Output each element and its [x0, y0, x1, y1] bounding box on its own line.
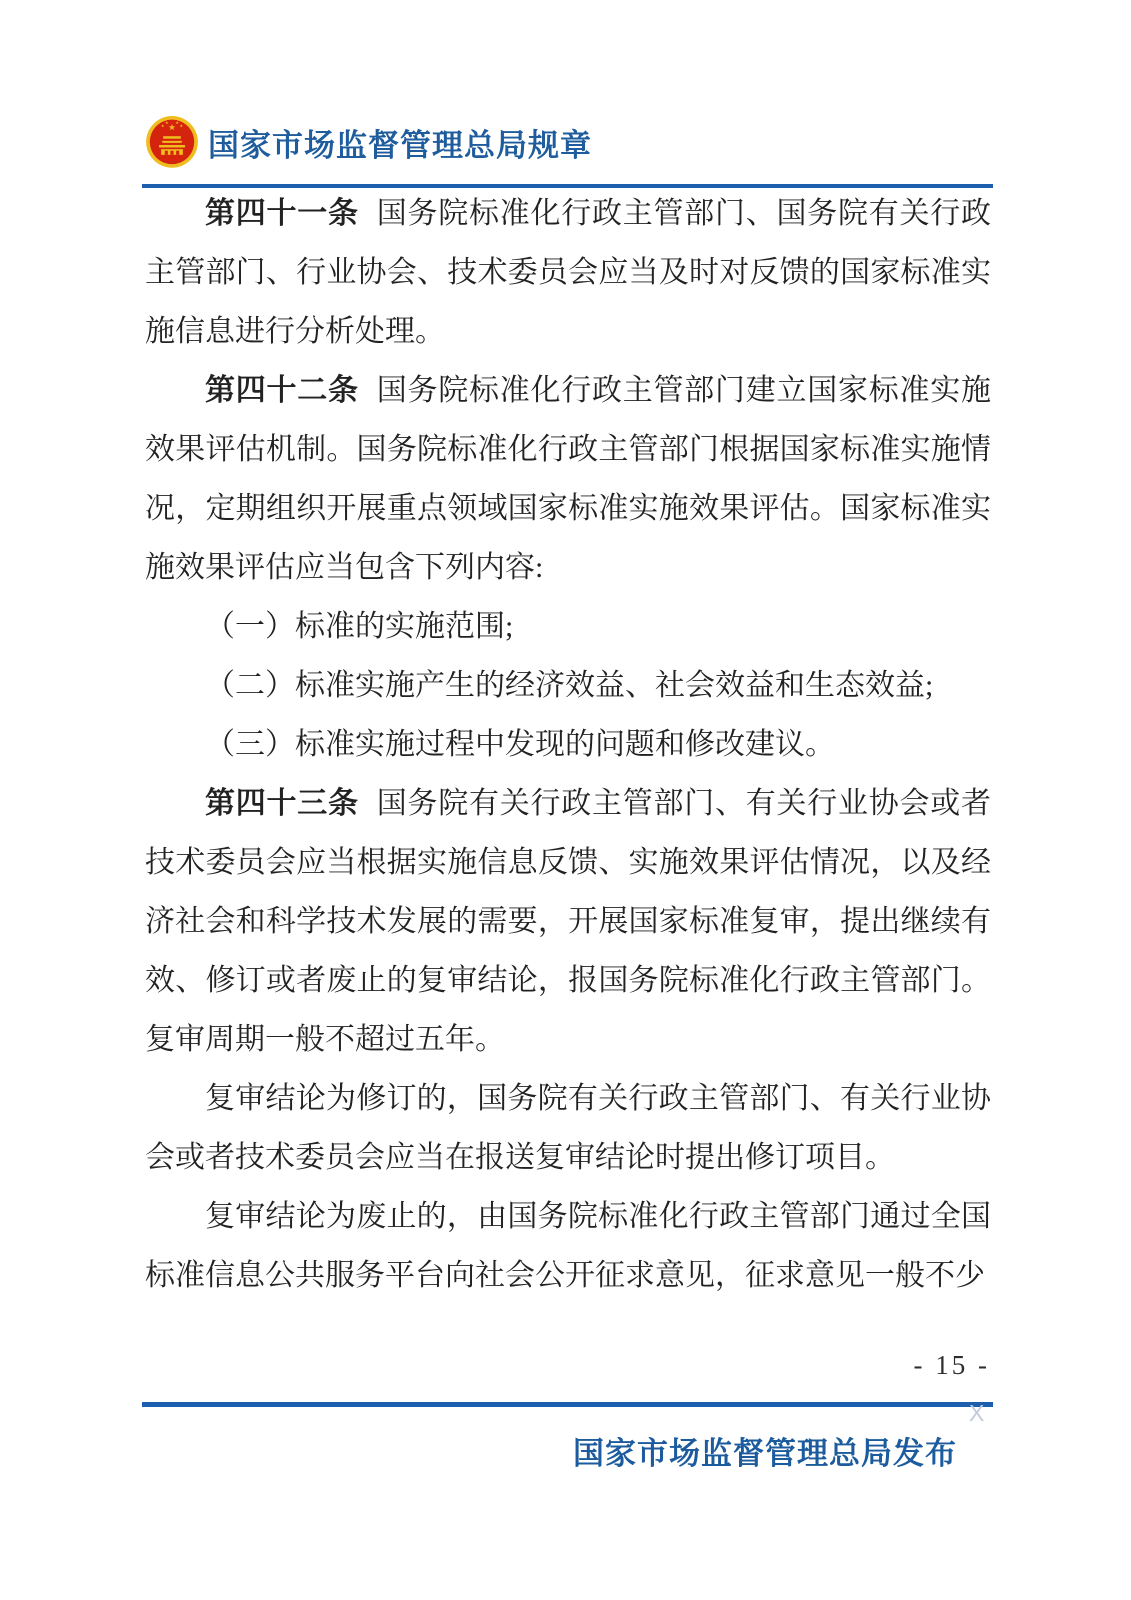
article-number: 第四十一条 [205, 197, 359, 230]
body-paragraph: 第四十三条国务院有关行政主管部门、有关行业协会或者技术委员会应当根据实施信息反馈… [145, 774, 991, 1069]
paragraph-text: （一）标准的实施范围; [205, 610, 513, 643]
list-item: （二）标准实施产生的经济效益、社会效益和生态效益; [145, 656, 991, 715]
national-emblem-icon [145, 115, 199, 175]
document-header-title: 国家市场监督管理总局规章 [208, 130, 592, 161]
body-paragraph: 第四十二条国务院标准化行政主管部门建立国家标准实施效果评估机制。国务院标准化行政… [145, 361, 991, 597]
list-item: （三）标准实施过程中发现的问题和修改建议。 [145, 715, 991, 774]
publisher-label: 国家市场监督管理总局发布 [573, 1428, 957, 1473]
article-number: 第四十三条 [205, 787, 359, 820]
body-paragraph: 复审结论为废止的，由国务院标准化行政主管部门通过全国标准信息公共服务平台向社会公… [145, 1187, 991, 1305]
article-number: 第四十二条 [205, 374, 359, 407]
page-number: - 15 - [914, 1350, 990, 1381]
document-body: 第四十一条国务院标准化行政主管部门、国务院有关行政主管部门、行业协会、技术委员会… [145, 184, 991, 1305]
paragraph-text: 复审结论为修订的，国务院有关行政主管部门、有关行业协会或者技术委员会应当在报送复… [145, 1082, 991, 1174]
paragraph-text: 复审结论为废止的，由国务院标准化行政主管部门通过全国标准信息公共服务平台向社会公… [145, 1200, 991, 1292]
paragraph-text: 国务院有关行政主管部门、有关行业协会或者技术委员会应当根据实施信息反馈、实施效果… [145, 787, 991, 1056]
document-page: 国家市场监督管理总局规章 第四十一条国务院标准化行政主管部门、国务院有关行政主管… [0, 0, 1131, 1600]
body-paragraph: 第四十一条国务院标准化行政主管部门、国务院有关行政主管部门、行业协会、技术委员会… [145, 184, 991, 361]
footer-divider [142, 1402, 993, 1407]
paragraph-text: （二）标准实施产生的经济效益、社会效益和生态效益; [205, 669, 933, 702]
scan-artifact: X [969, 1400, 984, 1427]
list-item: （一）标准的实施范围; [145, 597, 991, 656]
body-paragraph: 复审结论为修订的，国务院有关行政主管部门、有关行业协会或者技术委员会应当在报送复… [145, 1069, 991, 1187]
page-header: 国家市场监督管理总局规章 [145, 113, 592, 177]
paragraph-text: （三）标准实施过程中发现的问题和修改建议。 [205, 728, 835, 761]
